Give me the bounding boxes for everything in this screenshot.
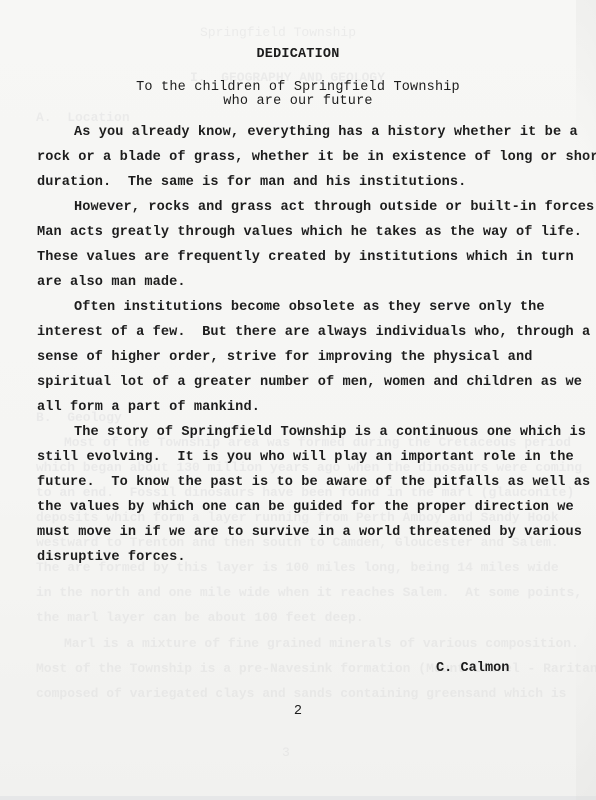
body-line: future. To know the past is to be aware …: [37, 470, 557, 495]
body-line: must move in if we are to survive in a w…: [37, 520, 557, 545]
body-line: rock or a blade of grass, whether it be …: [37, 145, 557, 170]
body-line: spiritual lot of a greater number of men…: [37, 370, 557, 395]
dedication-subtitle-line: who are our future: [0, 94, 596, 109]
bleed-line: Marl is a mixture of fine grained minera…: [64, 636, 579, 651]
dedication-body: As you already know, everything has a hi…: [37, 120, 557, 570]
body-line: interest of a few. But there are always …: [37, 320, 557, 345]
document-title: DEDICATION: [0, 47, 596, 62]
body-line: duration. The same is for man and his in…: [37, 170, 557, 195]
bleed-line: the marl layer can be about 100 feet dee…: [36, 610, 364, 625]
body-line: the values by which one can be guided fo…: [37, 495, 557, 520]
body-line: still evolving. It is you who will play …: [37, 445, 557, 470]
bleed-line: Most of the Township is a pre-Navesink f…: [36, 661, 596, 676]
bleed-line: 3: [282, 745, 290, 760]
page-bottom-edge: [0, 796, 596, 800]
page-number: 2: [0, 704, 596, 719]
body-line: However, rocks and grass act through out…: [37, 195, 557, 220]
bleed-line: Springfield Township: [200, 25, 356, 40]
body-line: disruptive forces.: [37, 545, 557, 570]
document-page: Springfield Township I. GEOGRAPHY AND GE…: [0, 0, 596, 800]
body-line: Man acts greatly through values which he…: [37, 220, 557, 245]
bleed-line: in the north and one mile wide when it r…: [36, 585, 582, 600]
body-line: As you already know, everything has a hi…: [37, 120, 557, 145]
body-line: sense of higher order, strive for improv…: [37, 345, 557, 370]
signature: C. Calmon: [436, 661, 509, 676]
body-line: Often institutions become obsolete as th…: [37, 295, 557, 320]
body-line: are also man made.: [37, 270, 557, 295]
bleed-line: composed of variegated clays and sands c…: [36, 686, 567, 701]
dedication-subtitle-line: To the children of Springfield Township: [0, 80, 596, 95]
body-line: These values are frequently created by i…: [37, 245, 557, 270]
body-line: The story of Springfield Township is a c…: [37, 420, 557, 445]
body-line: all form a part of mankind.: [37, 395, 557, 420]
